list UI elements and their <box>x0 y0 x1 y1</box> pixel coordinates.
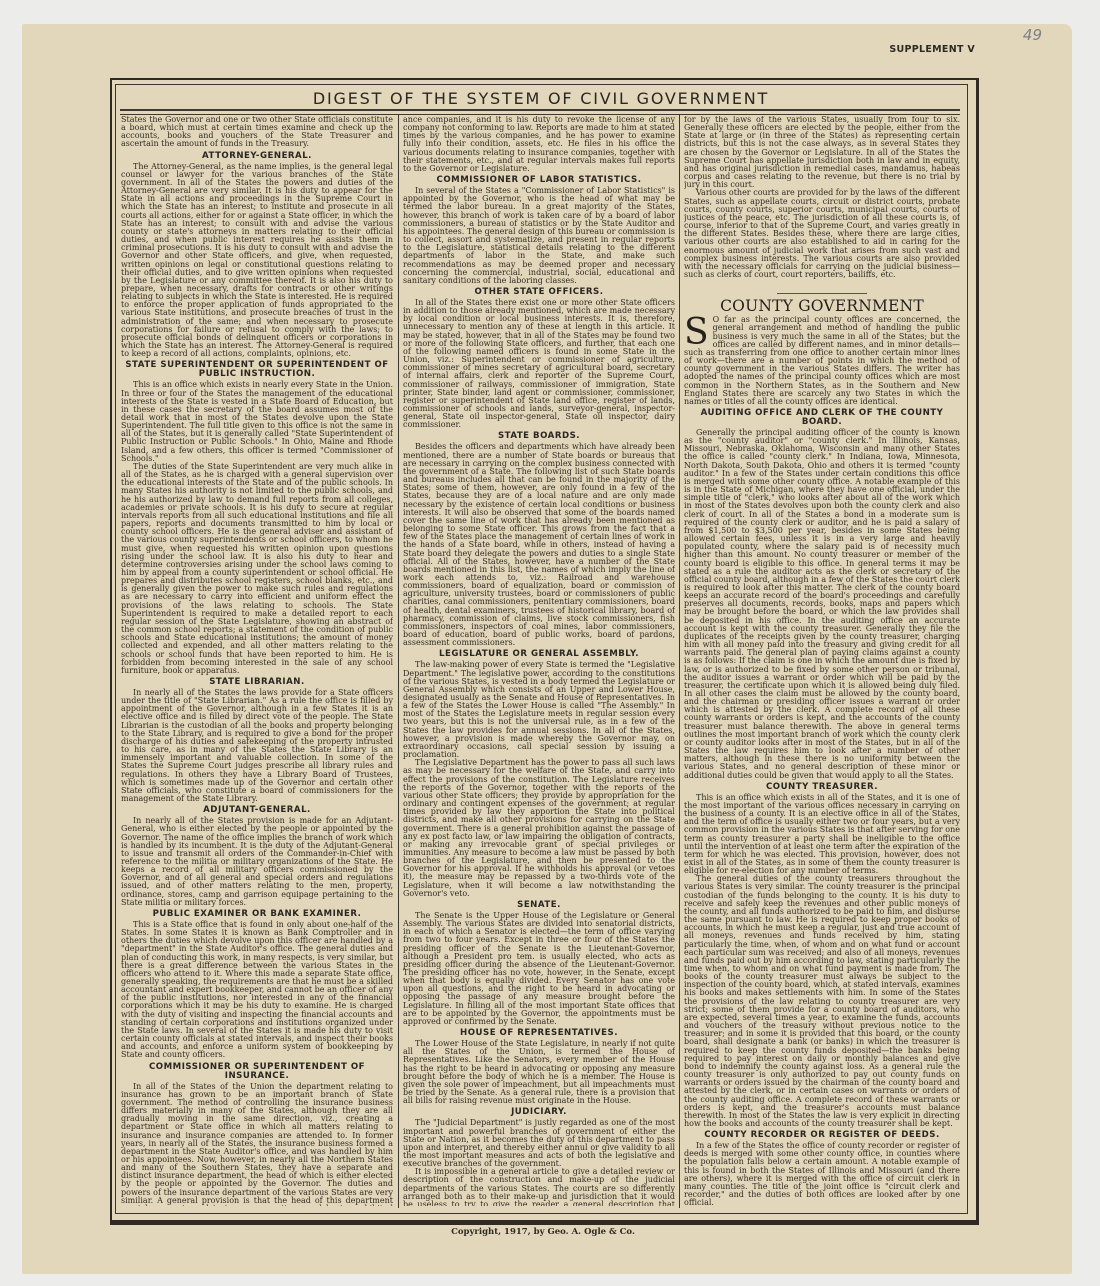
section-paragraph: The Attorney-General, as the name implie… <box>121 163 393 359</box>
section-paragraph: In several of the States a "Commissioner… <box>403 187 675 285</box>
section-heading: COMMISSIONER OF LABOR STATISTICS. <box>403 176 675 185</box>
section-paragraph: It is impossible in a general article to… <box>403 1168 675 1206</box>
section-heading: OTHER STATE OFFICERS. <box>403 288 675 297</box>
sections: COMMISSIONER OF LABOR STATISTICS.In seve… <box>403 176 675 1206</box>
section-paragraph: Besides the officers and departments whi… <box>403 443 675 647</box>
section-paragraph: The Senate is the Upper House of the Leg… <box>403 912 675 1026</box>
section-paragraph: In a few of the States the office of cou… <box>684 1142 960 1206</box>
section-heading: ATTORNEY-GENERAL. <box>121 152 393 161</box>
page-title: DIGEST OF THE SYSTEM OF CIVIL GOVERNMENT <box>116 89 966 108</box>
section-paragraph: The duties of the State Superintendent a… <box>121 463 393 675</box>
section-heading: JUDICIARY. <box>403 1108 675 1117</box>
section-heading: COMMISSIONER OR SUPERINTENDENT OF INSURA… <box>121 1063 393 1081</box>
section-divider <box>777 293 867 294</box>
section-heading: AUDITING OFFICE AND CLERK OF THE COUNTY … <box>684 409 960 427</box>
section-heading: ADJUTANT-GENERAL. <box>121 806 393 815</box>
section-paragraph: This is a State office that is found in … <box>121 921 393 1060</box>
column-divider <box>679 114 680 1208</box>
section-paragraph: This is an office which exists in all of… <box>684 794 960 876</box>
title-divider <box>120 109 960 115</box>
section-paragraph: The Legislative Department has the power… <box>403 759 675 898</box>
section-paragraph: In nearly all of the States provision is… <box>121 817 393 907</box>
column-intro: for by the laws of the various States, u… <box>684 116 960 189</box>
column-3: for by the laws of the various States, u… <box>684 116 960 1206</box>
section-paragraph: The "Judicial Department" is justly rega… <box>403 1119 675 1168</box>
section-heading: LEGISLATURE OR GENERAL ASSEMBLY. <box>403 650 675 659</box>
section-heading: STATE BOARDS. <box>403 432 675 441</box>
sections: ATTORNEY-GENERAL.The Attorney-General, a… <box>121 152 393 1206</box>
sections: AUDITING OFFICE AND CLERK OF THE COUNTY … <box>684 409 960 1206</box>
drop-cap: S <box>684 318 709 348</box>
column-intro: Various other courts are provided for by… <box>684 189 960 279</box>
footer-divider <box>110 1220 976 1222</box>
section-paragraph: The law-making power of every State is t… <box>403 661 675 759</box>
section-paragraph: In all of the States of the Union the de… <box>121 1083 393 1206</box>
section-paragraph: In nearly all of the States the laws pro… <box>121 689 393 803</box>
column-divider <box>398 114 399 1208</box>
section-paragraph: Generally the principal auditing officer… <box>684 429 960 780</box>
section-heading: STATE SUPERINTENDENT OR SUPERINTENDENT O… <box>121 361 393 379</box>
county-intro: SO far as the principal county offices a… <box>684 316 960 406</box>
column-intro: ance companies, and it is his duty to re… <box>403 116 675 173</box>
section-heading: COUNTY RECORDER OR REGISTER OF DEEDS. <box>684 1131 960 1140</box>
section-paragraph: The general duties of the county treasur… <box>684 875 960 1128</box>
column-intro: States the Governor and one or two other… <box>121 116 393 149</box>
section-heading: PUBLIC EXAMINER OR BANK EXAMINER. <box>121 910 393 919</box>
section-paragraph: In all of the States there exist one or … <box>403 299 675 430</box>
page-number: 49 <box>1023 26 1042 44</box>
section-heading: SENATE. <box>403 901 675 910</box>
copyright-notice: Copyright, 1917, by Geo. A. Ogle & Co. <box>110 1227 976 1237</box>
column-2: ance companies, and it is his duty to re… <box>403 116 675 1206</box>
supplement-label: SUPPLEMENT V <box>889 44 975 55</box>
section-heading: STATE LIBRARIAN. <box>121 678 393 687</box>
section-heading: COUNTY TREASURER. <box>684 783 960 792</box>
county-intro-text: O far as the principal county offices ar… <box>684 315 960 406</box>
county-government-heading: COUNTY GOVERNMENT <box>684 302 960 310</box>
section-heading: HOUSE OF REPRESENTATIVES. <box>403 1029 675 1038</box>
section-paragraph: The Lower House of the State Legislature… <box>403 1040 675 1105</box>
column-1: States the Governor and one or two other… <box>121 116 393 1206</box>
section-paragraph: This is an office which exists in nearly… <box>121 381 393 463</box>
